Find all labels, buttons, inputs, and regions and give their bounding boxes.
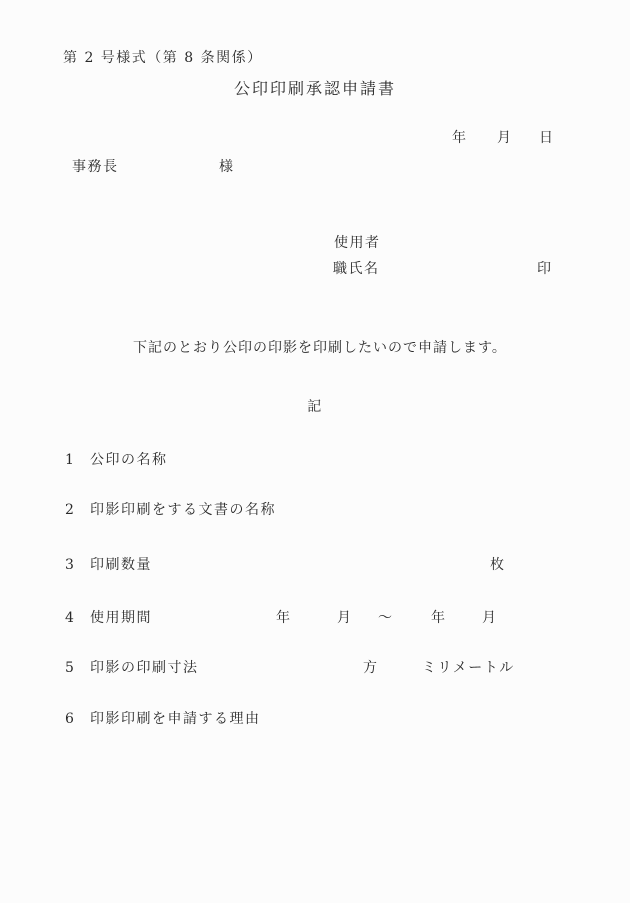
item-3-unit-label: 枚 (490, 556, 506, 574)
item-4-month2-label: 月 (482, 609, 498, 627)
addressee-honorific: 様 (219, 158, 235, 176)
section-marker: 記 (0, 398, 630, 416)
item-4-number: 4 (65, 609, 75, 627)
item-5-unit-label: ミリメートル (422, 659, 515, 677)
applicant-seal-label: 印 (537, 260, 553, 278)
item-4-label: 使用期間 (90, 609, 152, 627)
item-1-label: 公印の名称 (90, 451, 168, 469)
item-4-year2-label: 年 (431, 609, 447, 627)
item-6-label: 印影印刷を申請する理由 (90, 710, 261, 728)
item-5-number: 5 (65, 659, 75, 677)
item-2-label: 印影印刷をする文書の名称 (90, 501, 276, 519)
addressee-name: 事務長 (72, 158, 119, 176)
item-3-number: 3 (65, 556, 75, 574)
date-day-label: 日 (539, 129, 555, 147)
date-month-label: 月 (497, 129, 513, 147)
date-year-label: 年 (452, 129, 468, 147)
applicant-name-label: 職氏名 (333, 260, 380, 278)
page-title: 公印印刷承認申請書 (0, 80, 630, 98)
item-4-month1-label: 月 (337, 609, 353, 627)
item-4-year1-label: 年 (276, 609, 292, 627)
applicant-user-label: 使用者 (334, 234, 381, 252)
item-2-number: 2 (65, 501, 75, 519)
item-5-square-label: 方 (363, 659, 379, 677)
item-6-number: 6 (65, 710, 75, 728)
item-3-label: 印刷数量 (90, 556, 152, 574)
item-1-number: 1 (65, 451, 75, 469)
body-sentence: 下記のとおり公印の印影を印刷したいので申請します。 (133, 339, 507, 357)
item-5-label: 印影の印刷寸法 (90, 659, 199, 677)
item-4-tilde: ～ (378, 609, 394, 627)
form-number: 第 2 号様式（第 8 条関係） (63, 49, 263, 67)
document-page: 第 2 号様式（第 8 条関係） 公印印刷承認申請書 年 月 日 事務長 様 使… (0, 0, 630, 903)
